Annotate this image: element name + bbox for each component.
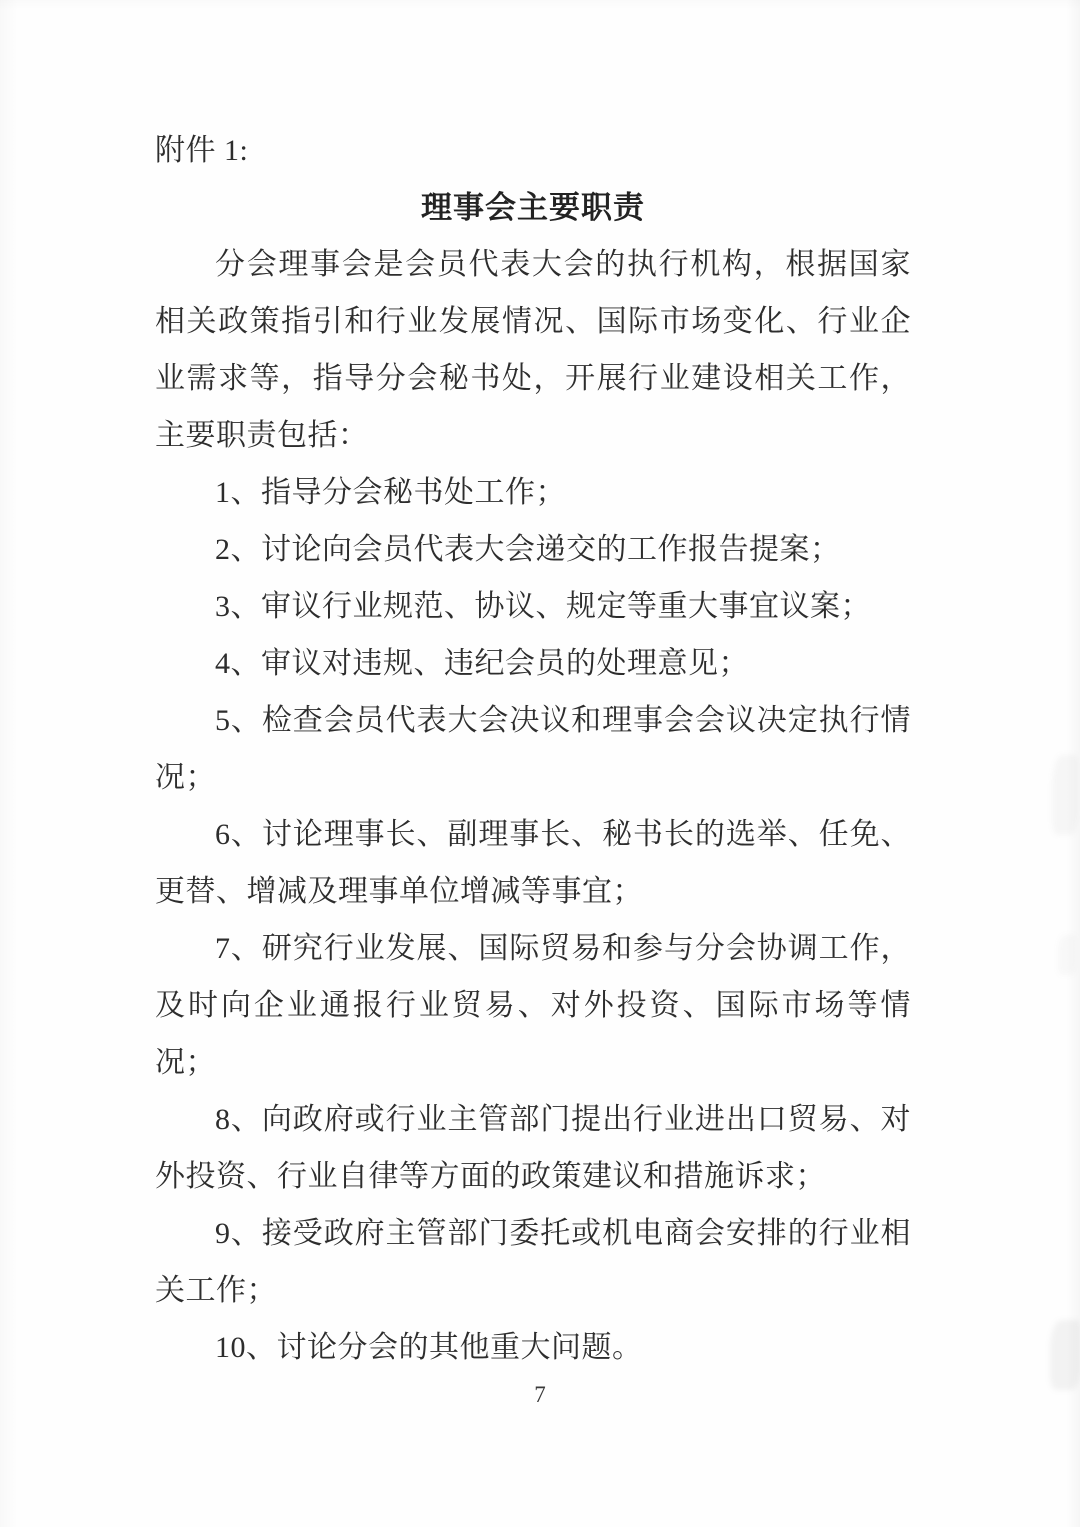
list-item-4: 4、审议对违规、违纪会员的处理意见； — [155, 635, 911, 692]
list-item-7: 7、研究行业发展、国际贸易和参与分会协调工作，及时向企业通报行业贸易、对外投资、… — [155, 920, 911, 1091]
document-body: 附件 1: 理事会主要职责 分会理事会是会员代表大会的执行机构，根据国家相关政策… — [155, 122, 911, 1376]
scanned-document-page: { "doc": { "attachment_label": "附件 1:", … — [0, 0, 1080, 1527]
list-item-10: 10、讨论分会的其他重大问题。 — [155, 1319, 911, 1376]
list-item-3: 3、审议行业规范、协议、规定等重大事宜议案； — [155, 578, 911, 635]
list-item-6: 6、讨论理事长、副理事长、秘书长的选举、任免、更替、增减及理事单位增减等事宜； — [155, 806, 911, 920]
scan-smudge-artifact — [1052, 755, 1078, 835]
page-number: 7 — [0, 1382, 1080, 1408]
list-item-2: 2、讨论向会员代表大会递交的工作报告提案； — [155, 521, 911, 578]
intro-paragraph: 分会理事会是会员代表大会的执行机构，根据国家相关政策指引和行业发展情况、国际市场… — [155, 236, 911, 464]
attachment-label: 附件 1: — [155, 122, 911, 179]
list-item-1: 1、指导分会秘书处工作； — [155, 464, 911, 521]
scan-smudge-artifact — [1050, 1320, 1080, 1390]
list-item-5: 5、检查会员代表大会决议和理事会会议决定执行情况； — [155, 692, 911, 806]
document-title: 理事会主要职责 — [155, 179, 911, 236]
list-item-9: 9、接受政府主管部门委托或机电商会安排的行业相关工作； — [155, 1205, 911, 1319]
list-item-8: 8、向政府或行业主管部门提出行业进出口贸易、对外投资、行业自律等方面的政策建议和… — [155, 1091, 911, 1205]
scan-smudge-artifact — [1058, 935, 1076, 975]
